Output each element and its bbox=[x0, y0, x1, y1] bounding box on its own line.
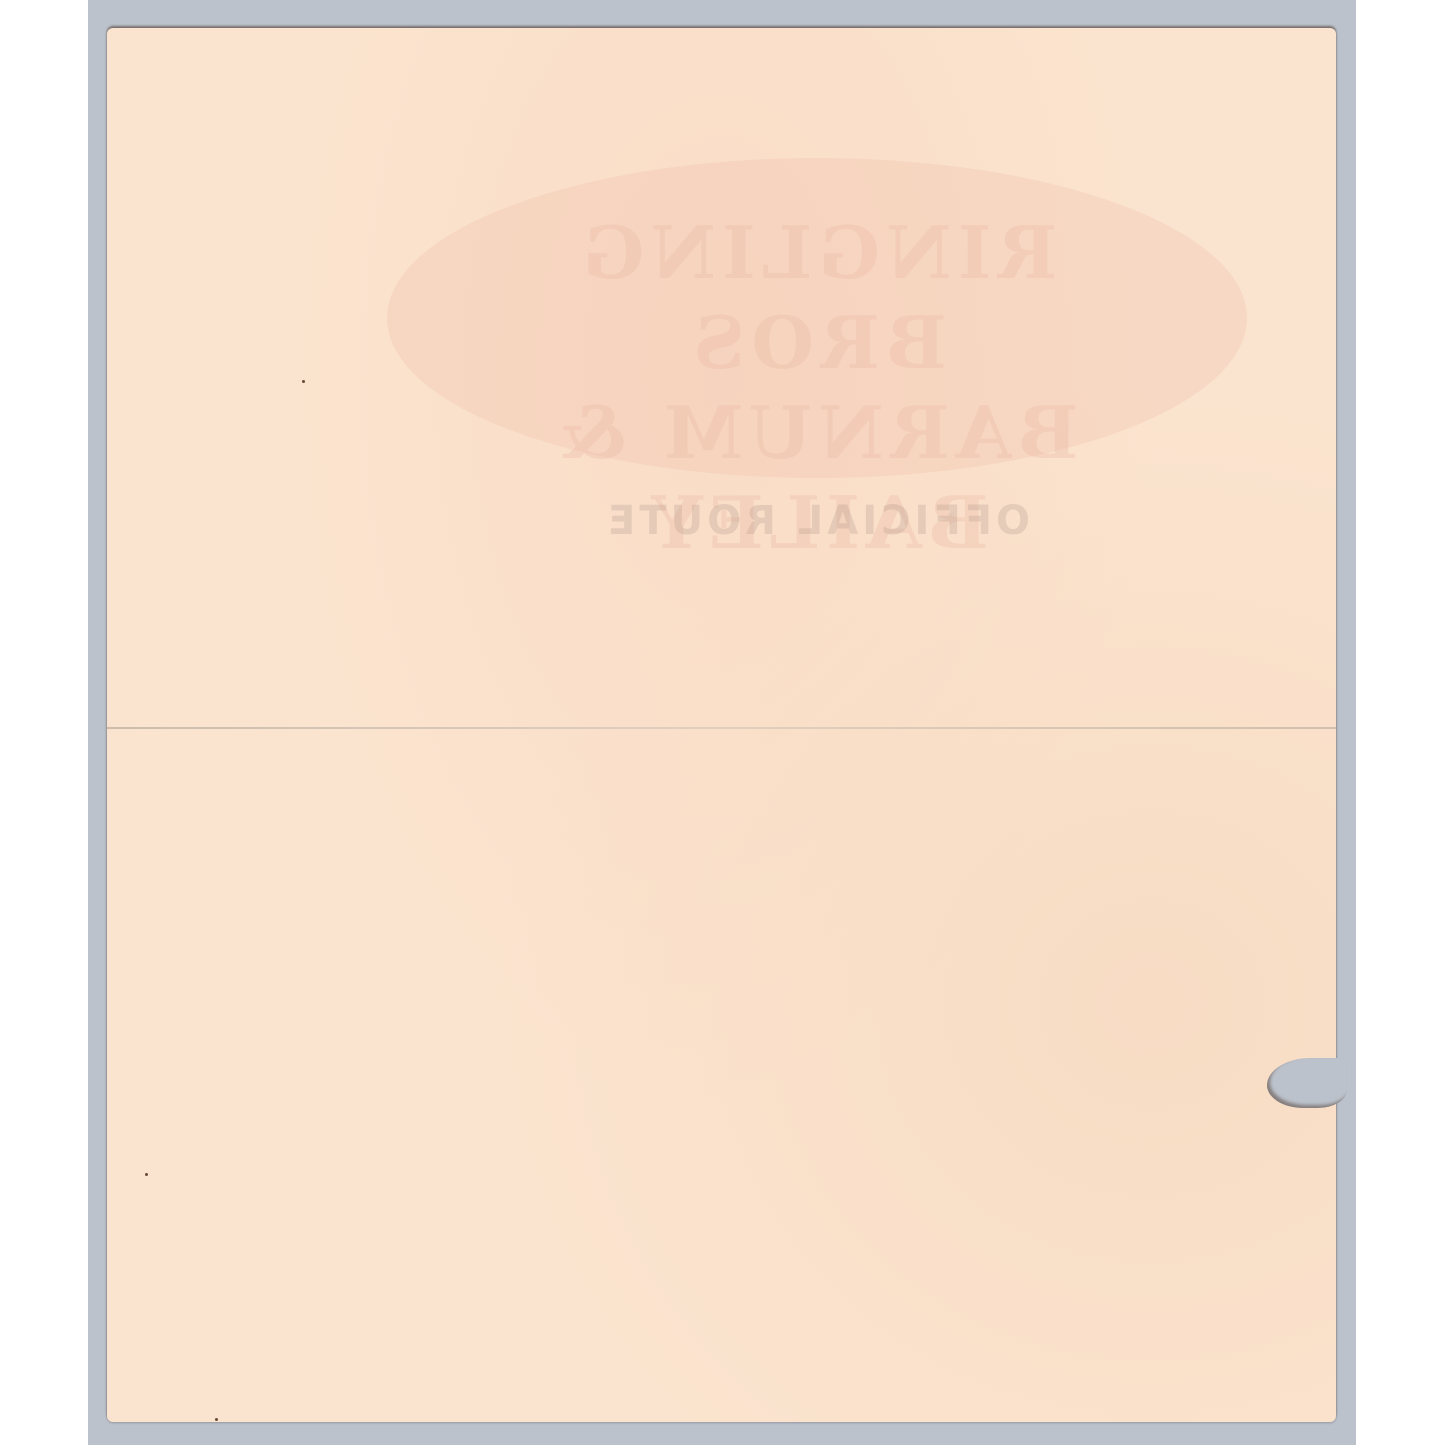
paper-card: RINGLING BROS BARNUM & BAILEY OFFICIAL R… bbox=[107, 28, 1336, 1422]
torn-edge-notch bbox=[1267, 1058, 1347, 1108]
paper-speck bbox=[215, 1418, 218, 1421]
bleed-title-line-1: RINGLING BROS bbox=[447, 208, 1187, 388]
bleed-through-subtitle: OFFICIAL ROUTE bbox=[427, 498, 1207, 544]
paper-speck bbox=[145, 1173, 148, 1176]
paper-speck bbox=[302, 380, 305, 383]
fold-crease bbox=[107, 727, 1336, 729]
